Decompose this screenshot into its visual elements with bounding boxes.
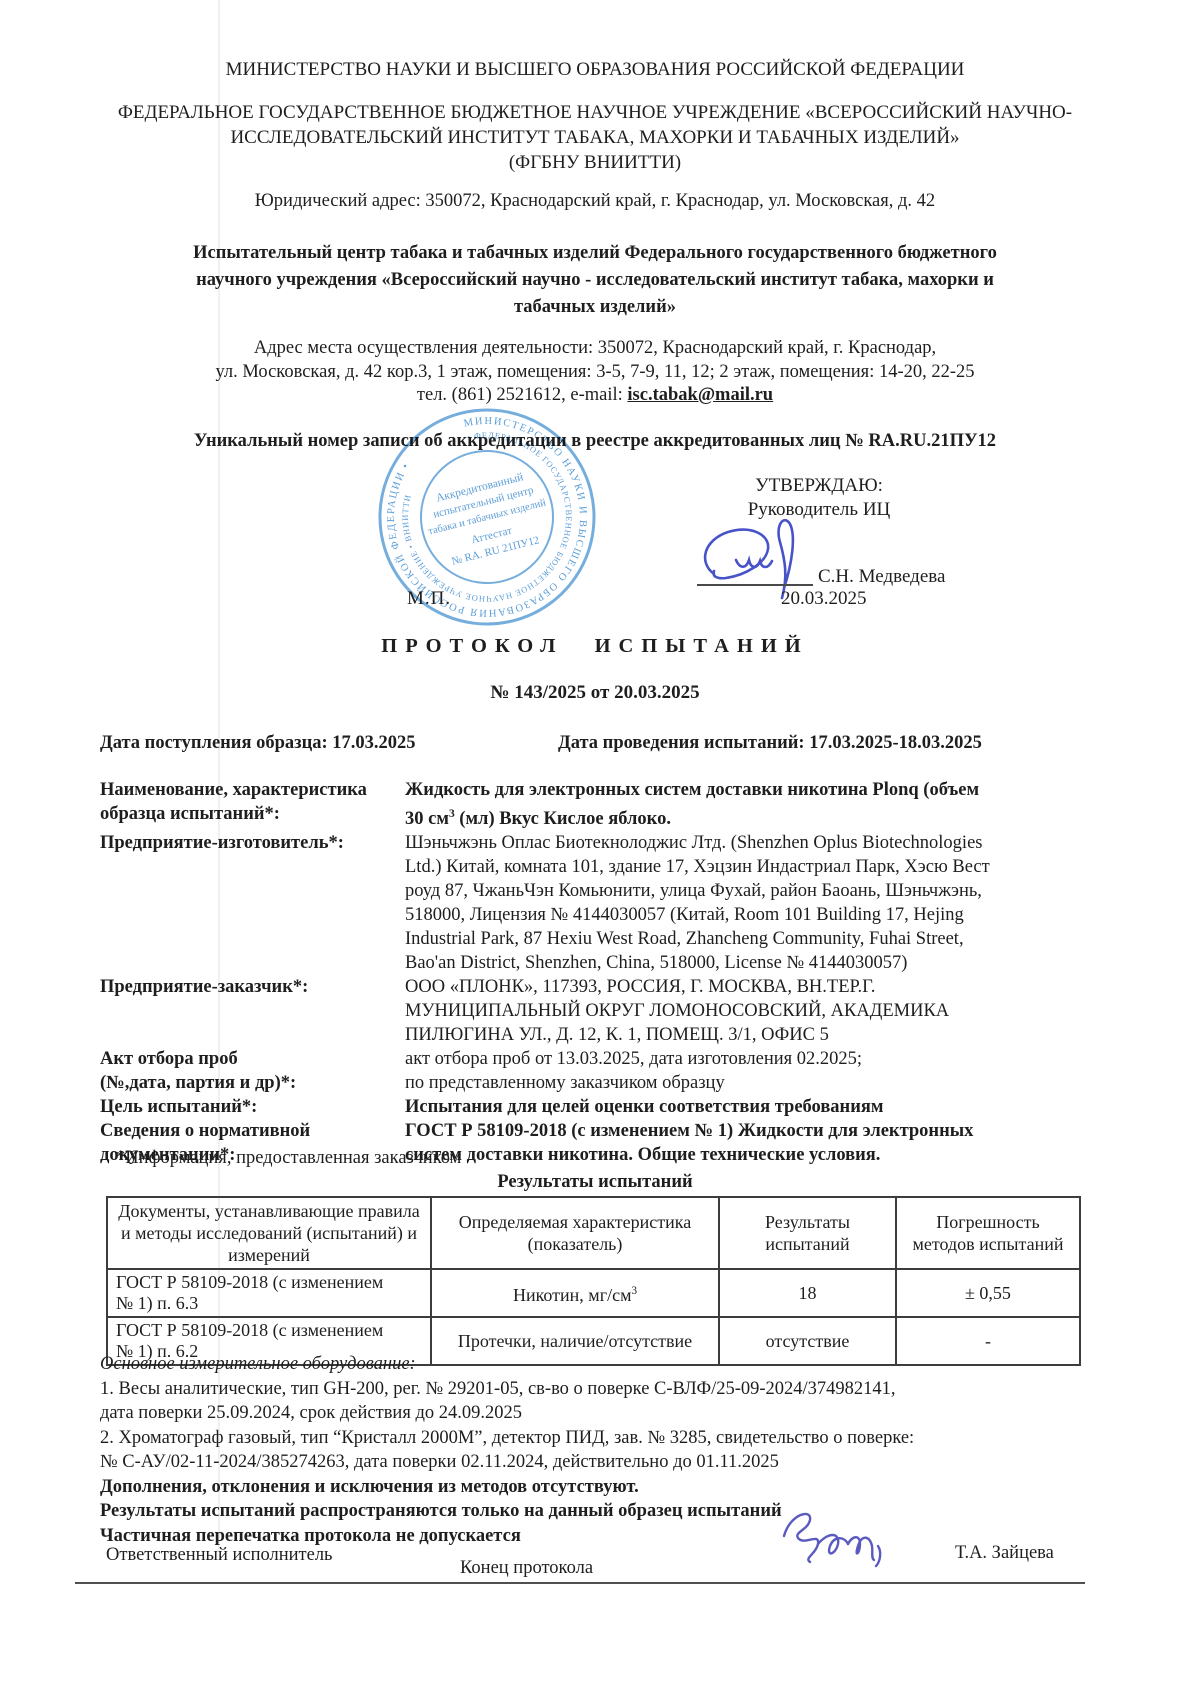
info-row-purpose: Цель испытаний*: Испытания для целей оце… bbox=[100, 1095, 1090, 1119]
equipment-item-scales: 1. Весы аналитические, тип GH-200, рег. … bbox=[100, 1377, 1092, 1426]
cell-error: ± 0,55 bbox=[896, 1269, 1080, 1317]
header-error: Погрешность методов испытаний bbox=[896, 1197, 1080, 1269]
info-row-sampling-act: Акт отбора проб (№,дата, партия и др)*: … bbox=[100, 1047, 1090, 1095]
equipment-item-chromatograph: 2. Хроматограф газовый, тип “Кристалл 20… bbox=[100, 1426, 1092, 1475]
info-value: Шэньчжэнь Оплас Биотекнолоджис Лтд. (She… bbox=[405, 831, 1090, 975]
end-of-protocol-label: Конец протокола bbox=[460, 1558, 593, 1579]
end-of-protocol-line bbox=[75, 1582, 1085, 1584]
test-center-name: Испытательный центр табака и табачных из… bbox=[175, 240, 1015, 321]
executor-signature bbox=[770, 1502, 900, 1580]
date-conducted: Дата проведения испытаний: 17.03.2025-18… bbox=[558, 733, 982, 754]
email-link[interactable]: isc.tabak@mail.ru bbox=[627, 385, 773, 405]
institution-fullname: ФЕДЕРАЛЬНОЕ ГОСУДАРСТВЕННОЕ БЮДЖЕТНОЕ НА… bbox=[118, 102, 1072, 148]
table-header-row: Документы, устанавливающие правила и мет… bbox=[107, 1197, 1080, 1269]
info-label: Предприятие-заказчик*: bbox=[100, 975, 405, 1047]
approver-name: С.Н. Медведева bbox=[818, 566, 945, 588]
institution-abbr: (ФГБНУ ВНИИТТИ) bbox=[509, 152, 681, 173]
info-value: Жидкость для электронных систем доставки… bbox=[405, 778, 1090, 831]
info-row-customer: Предприятие-заказчик*: ООО «ПЛОНК», 1173… bbox=[100, 975, 1090, 1047]
stamp-place-label: М.П. bbox=[407, 588, 451, 610]
document-number: № 143/2025 от 20.03.2025 bbox=[0, 682, 1190, 704]
cell-characteristic: Никотин, мг/см3 bbox=[431, 1269, 719, 1317]
legal-address: Юридический адрес: 350072, Краснодарский… bbox=[100, 189, 1090, 214]
nicotine-label: Никотин, мг/см bbox=[513, 1285, 632, 1305]
info-label: Цель испытаний*: bbox=[100, 1095, 405, 1119]
signature-underline bbox=[697, 584, 813, 586]
info-value: акт отбора проб от 13.03.2025, дата изго… bbox=[405, 1047, 1090, 1095]
approve-block: УТВЕРЖДАЮ: Руководитель ИЦ bbox=[700, 474, 938, 522]
info-value: ГОСТ Р 58109-2018 (с изменением № 1) Жид… bbox=[405, 1119, 1090, 1167]
table-row: ГОСТ Р 58109-2018 (с изменением № 1) п. … bbox=[107, 1269, 1080, 1317]
activity-address: Адрес места осуществления деятельности: … bbox=[100, 337, 1090, 408]
document-title: ПРОТОКОЛ ИСПЫТАНИЙ bbox=[0, 635, 1190, 658]
activity-address-line1: Адрес места осуществления деятельности: … bbox=[254, 338, 936, 358]
note-additions: Дополнения, отклонения и исключения из м… bbox=[100, 1475, 1092, 1500]
header-results: Результаты испытаний bbox=[719, 1197, 896, 1269]
sample-name-part2: (мл) Вкус Кислое яблоко. bbox=[455, 809, 671, 829]
sample-info-block: Наименование, характеристика образца исп… bbox=[100, 778, 1090, 1167]
results-title: Результаты испытаний bbox=[0, 1172, 1190, 1193]
accreditation-stamp: МИНИСТЕРСТВО НАУКИ И ВЫСШЕГО ОБРАЗОВАНИЯ… bbox=[370, 400, 604, 634]
results-table-wrap: Документы, устанавливающие правила и мет… bbox=[106, 1196, 1081, 1366]
ministry-header: МИНИСТЕРСТВО НАУКИ И ВЫСШЕГО ОБРАЗОВАНИЯ… bbox=[60, 57, 1130, 83]
activity-address-line2: ул. Московская, д. 42 кор.3, 1 этаж, пом… bbox=[215, 362, 974, 382]
executor-label: Ответственный исполнитель bbox=[106, 1545, 333, 1566]
date-received: Дата поступления образца: 17.03.2025 bbox=[100, 733, 416, 754]
protocol-document-page: МИНИСТЕРСТВО НАУКИ И ВЫСШЕГО ОБРАЗОВАНИЯ… bbox=[0, 0, 1190, 1684]
info-label: Акт отбора проб (№,дата, партия и др)*: bbox=[100, 1047, 405, 1095]
nicotine-sup: 3 bbox=[631, 1285, 637, 1297]
institution-name: ФЕДЕРАЛЬНОЕ ГОСУДАРСТВЕННОЕ БЮДЖЕТНОЕ НА… bbox=[100, 100, 1090, 175]
approve-date: 20.03.2025 bbox=[781, 588, 867, 610]
info-label: Предприятие-изготовитель*: bbox=[100, 831, 405, 975]
info-label: Наименование, характеристика образца исп… bbox=[100, 778, 405, 831]
header-characteristic: Определяемая характеристика (показатель) bbox=[431, 1197, 719, 1269]
info-row-sample-name: Наименование, характеристика образца исп… bbox=[100, 778, 1090, 831]
customer-info-footnote: *Информация, предоставленная заказчиком bbox=[116, 1148, 461, 1169]
note-scope: Результаты испытаний распространяются то… bbox=[100, 1499, 1092, 1524]
equipment-and-notes: Основное измерительное оборудование: 1. … bbox=[100, 1352, 1092, 1548]
cell-doc: ГОСТ Р 58109-2018 (с изменением № 1) п. … bbox=[107, 1269, 431, 1317]
executor-name: Т.А. Зайцева bbox=[955, 1543, 1054, 1564]
header-documents: Документы, устанавливающие правила и мет… bbox=[107, 1197, 431, 1269]
info-value: Испытания для целей оценки соответствия … bbox=[405, 1095, 1090, 1119]
results-table: Документы, устанавливающие правила и мет… bbox=[106, 1196, 1081, 1366]
approve-label: УТВЕРЖДАЮ: bbox=[755, 475, 883, 496]
info-row-manufacturer: Предприятие-изготовитель*: Шэньчжэнь Опл… bbox=[100, 831, 1090, 975]
cell-result: 18 bbox=[719, 1269, 896, 1317]
info-value: ООО «ПЛОНК», 117393, РОССИЯ, Г. МОСКВА, … bbox=[405, 975, 1090, 1047]
equipment-heading: Основное измерительное оборудование: bbox=[100, 1352, 1092, 1377]
